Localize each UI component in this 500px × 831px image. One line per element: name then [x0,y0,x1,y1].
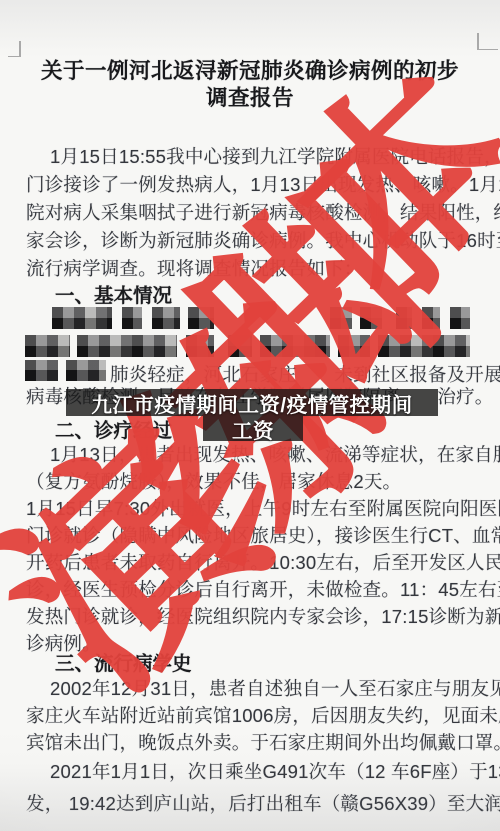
caption-text-line-2: 工资 [232,414,274,444]
caption-overlay: 九江市疫情期间工资/疫情管控期间 工资 [0,0,500,831]
caption-bar-1: 九江市疫情期间工资/疫情管控期间 [66,389,438,416]
document-photo: 关于一例河北返浔新冠肺炎确诊病例的初步 调查报告 1月15日15:55我中心接到… [0,0,500,831]
caption-bar-2: 工资 [203,416,303,441]
